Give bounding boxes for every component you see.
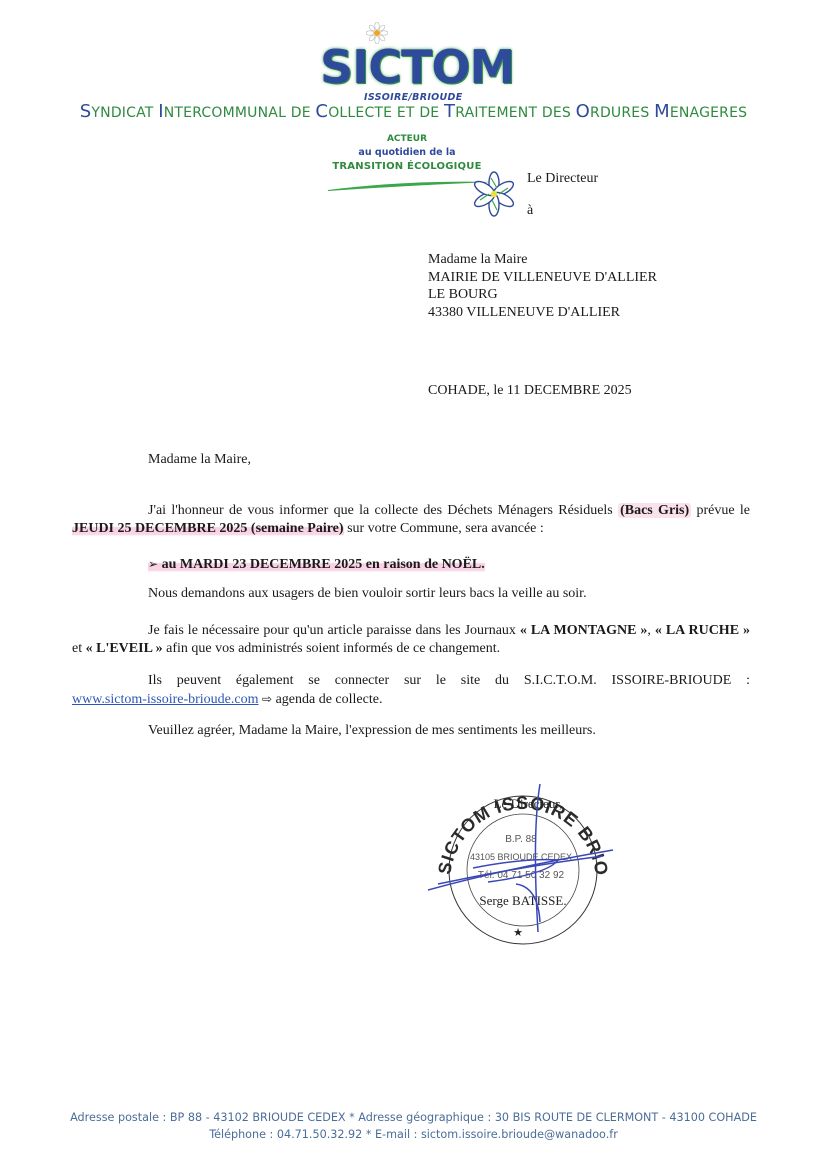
bins-label: (Bacs Gris) bbox=[618, 503, 691, 518]
recipient-line: LE BOURG bbox=[428, 286, 657, 304]
closing: Veuillez agréer, Madame la Maire, l'expr… bbox=[148, 722, 596, 740]
syndicat-title: SYNDICAT INTERCOMMUNAL DE COLLECTE ET DE… bbox=[0, 101, 827, 122]
paragraph-instructions: Nous demandons aux usagers de bien voulo… bbox=[148, 585, 587, 603]
text: J'ai l'honneur de vous informer que la c… bbox=[148, 503, 618, 518]
sender-to: à bbox=[527, 203, 533, 219]
slogan-line-2: au quotidien de la bbox=[322, 146, 492, 160]
journal-name: « LA MONTAGNE » bbox=[520, 623, 648, 638]
syndicat-word: NTERCOMMUNAL DE bbox=[164, 105, 316, 121]
footer: Adresse postale : BP 88 - 43102 BRIOUDE … bbox=[0, 1109, 827, 1143]
slogan-line-3: TRANSITION ÉCOLOGIQUE bbox=[322, 160, 492, 174]
paragraph-new-date: ➢ au MARDI 23 DECEMBRE 2025 en raison de… bbox=[148, 555, 485, 574]
arrow-right-icon: ⇨ bbox=[262, 692, 272, 706]
journal-name: « LA RUCHE » bbox=[655, 623, 750, 638]
official-stamp: SICTOM ISSOIRE BRIOUDE Le Directeur, B.P… bbox=[428, 772, 618, 947]
date-line: COHADE, le 11 DECEMBRE 2025 bbox=[428, 383, 632, 399]
salutation: Madame la Maire, bbox=[148, 452, 251, 468]
stamp-title: Le Directeur, bbox=[494, 796, 563, 811]
signatory-name: Serge BATISSE. bbox=[479, 893, 566, 908]
syndicat-initial: T bbox=[444, 101, 455, 122]
recipient-address: Madame la Maire MAIRIE DE VILLENEUVE D'A… bbox=[428, 251, 657, 321]
journal-name: « L'EVEIL » bbox=[86, 641, 163, 656]
sender-title: Le Directeur bbox=[527, 171, 598, 187]
paragraph-collection-notice: J'ai l'honneur de vous informer que la c… bbox=[72, 502, 750, 538]
syndicat-word: ENAGERES bbox=[670, 105, 747, 121]
syndicat-initial: M bbox=[654, 101, 670, 122]
syndicat-initial: S bbox=[80, 101, 92, 122]
syndicat-initial: C bbox=[315, 101, 328, 122]
text: sur votre Commune, sera avancée : bbox=[344, 521, 544, 536]
flower-icon bbox=[470, 170, 518, 218]
star-icon: ★ bbox=[513, 926, 523, 939]
footer-address: Adresse postale : BP 88 - 43102 BRIOUDE … bbox=[0, 1109, 827, 1126]
text: et bbox=[72, 641, 86, 656]
syndicat-initial: O bbox=[576, 101, 590, 122]
arrow-icon: ➢ bbox=[148, 557, 158, 571]
paragraph-press: Je fais le nécessaire pour qu'un article… bbox=[72, 622, 750, 658]
logo-wordmark: SICTOM bbox=[320, 44, 514, 90]
recipient-line: 43380 VILLENEUVE D'ALLIER bbox=[428, 304, 657, 322]
syndicat-word: RDURES bbox=[590, 105, 654, 121]
recipient-line: Madame la Maire bbox=[428, 251, 657, 269]
sictom-logo: SICTOM ISSOIRE/BRIOUDE bbox=[318, 22, 518, 100]
text: afin que vos administrés soient informés… bbox=[163, 641, 500, 656]
slogan: ACTEUR au quotidien de la TRANSITION ÉCO… bbox=[322, 132, 492, 174]
recipient-line: MAIRIE DE VILLENEUVE D'ALLIER bbox=[428, 269, 657, 287]
syndicat-word: RAITEMENT DES bbox=[455, 105, 575, 121]
footer-contact: Téléphone : 04.71.50.32.92 * E-mail : si… bbox=[0, 1126, 827, 1143]
text: prévue le bbox=[691, 503, 750, 518]
syndicat-word: YNDICAT bbox=[91, 105, 158, 121]
website-link[interactable]: www.sictom-issoire-brioude.com bbox=[72, 692, 259, 707]
syndicat-word: OLLECTE ET DE bbox=[328, 105, 444, 121]
paragraph-website: Ils peuvent également se connecter sur l… bbox=[72, 672, 750, 709]
stamp-phone: Tél. 04 71 50 32 92 bbox=[478, 870, 565, 881]
text: , bbox=[647, 623, 654, 638]
text: Ils peuvent également se connecter sur l… bbox=[72, 672, 750, 690]
new-date: au MARDI 23 DECEMBRE 2025 en raison de N… bbox=[158, 557, 485, 572]
text: agenda de collecte. bbox=[272, 692, 382, 707]
stamp-bp: B.P. 88 bbox=[505, 834, 537, 845]
original-date: JEUDI 25 DECEMBRE 2025 (semaine Paire) bbox=[72, 521, 344, 536]
text: Je fais le nécessaire pour qu'un article… bbox=[148, 623, 520, 638]
slogan-line-1: ACTEUR bbox=[322, 132, 492, 146]
